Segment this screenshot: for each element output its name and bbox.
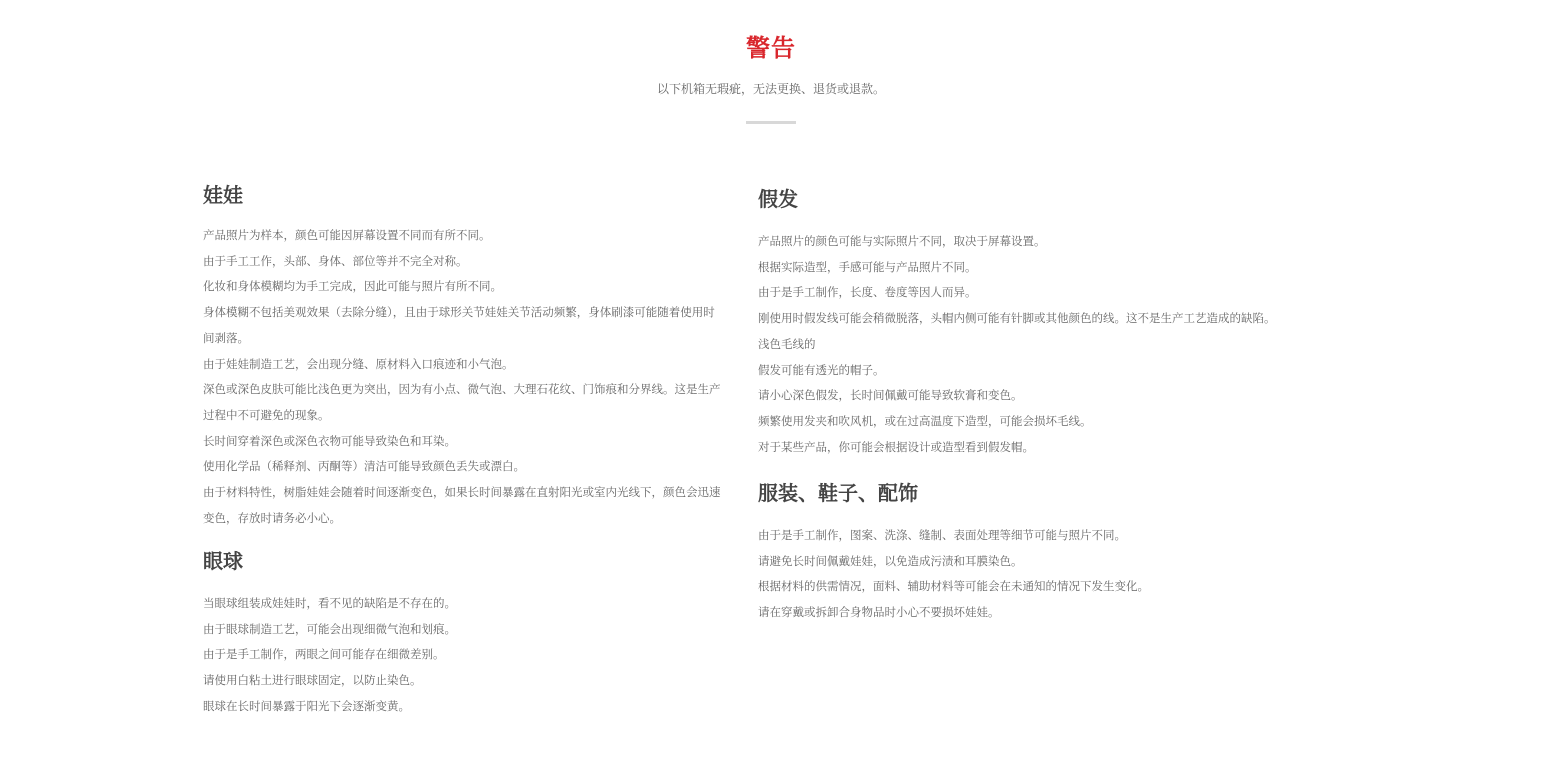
list-item: 当眼球组装成娃娃时，看不见的缺陷是不存在的。	[203, 591, 723, 617]
eyes-list: 当眼球组装成娃娃时，看不见的缺陷是不存在的。 由于眼球制造工艺，可能会出现细微气…	[203, 591, 723, 720]
section-title-clothing: 服装、鞋子、配饰	[758, 479, 1278, 507]
list-item: 由于是手工制作，两眼之间可能存在细微差别。	[203, 642, 723, 668]
list-item: 根据实际造型，手感可能与产品照片不同。	[758, 255, 1278, 281]
list-item: 使用化学品（稀释剂、丙酮等）清洁可能导致颜色丢失或漂白。	[203, 454, 723, 480]
list-item: 产品照片为样本，颜色可能因屏幕设置不同而有所不同。	[203, 223, 723, 249]
list-item: 产品照片的颜色可能与实际照片不同，取决于屏幕设置。	[758, 229, 1278, 255]
list-item: 深色或深色皮肤可能比浅色更为突出，因为有小点、微气泡、大理石花纹、门饰痕和分界线…	[203, 377, 723, 428]
list-item: 眼球在长时间暴露于阳光下会逐渐变黄。	[203, 694, 723, 720]
page-subtitle: 以下机箱无瑕疵，无法更换、退货或退款。	[0, 80, 1542, 98]
list-item: 由于是手工制作，图案、洗涤、缝制、表面处理等细节可能与照片不同。	[758, 523, 1278, 549]
warning-page: 警告 以下机箱无瑕疵，无法更换、退货或退款。 娃娃 产品照片为样本，颜色可能因屏…	[0, 0, 1542, 780]
section-dolls: 娃娃 产品照片为样本，颜色可能因屏幕设置不同而有所不同。 由于手工工作，头部、身…	[203, 181, 723, 531]
header-divider	[746, 121, 796, 124]
list-item: 请使用白粘土进行眼球固定，以防止染色。	[203, 668, 723, 694]
warning-header: 警告 以下机箱无瑕疵，无法更换、退货或退款。	[0, 30, 1542, 124]
list-item: 由于材料特性，树脂娃娃会随着时间逐渐变色，如果长时间暴露在直射阳光或室内光线下，…	[203, 480, 723, 531]
list-item: 长时间穿着深色或深色衣物可能导致染色和耳染。	[203, 429, 723, 455]
list-item: 请在穿戴或拆卸合身物品时小心不要损坏娃娃。	[758, 600, 1278, 626]
section-title-wigs: 假发	[758, 185, 1278, 213]
list-item: 身体模糊不包括美观效果（去除分缝），且由于球形关节娃娃关节活动频繁，身体刷漆可能…	[203, 300, 723, 351]
list-item: 请避免长时间佩戴娃娃，以免造成污渍和耳膜染色。	[758, 549, 1278, 575]
list-item: 频繁使用发夹和吹风机，或在过高温度下造型，可能会损坏毛线。	[758, 409, 1278, 435]
clothing-list: 由于是手工制作，图案、洗涤、缝制、表面处理等细节可能与照片不同。 请避免长时间佩…	[758, 523, 1278, 626]
section-wigs: 假发 产品照片的颜色可能与实际照片不同，取决于屏幕设置。 根据实际造型，手感可能…	[758, 185, 1278, 460]
list-item: 由于是手工制作，长度、卷度等因人而异。	[758, 280, 1278, 306]
list-item: 由于眼球制造工艺，可能会出现细微气泡和划痕。	[203, 617, 723, 643]
section-title-eyes: 眼球	[203, 547, 723, 575]
wigs-list: 产品照片的颜色可能与实际照片不同，取决于屏幕设置。 根据实际造型，手感可能与产品…	[758, 229, 1278, 460]
dolls-list: 产品照片为样本，颜色可能因屏幕设置不同而有所不同。 由于手工工作，头部、身体、部…	[203, 223, 723, 531]
list-item: 请小心深色假发，长时间佩戴可能导致软膏和变色。	[758, 383, 1278, 409]
list-item: 由于手工工作，头部、身体、部位等并不完全对称。	[203, 249, 723, 275]
list-item: 由于娃娃制造工艺，会出现分缝、原材料入口痕迹和小气泡。	[203, 352, 723, 378]
list-item: 假发可能有透光的帽子。	[758, 358, 1278, 384]
list-item: 根据材料的供需情况，面料、辅助材料等可能会在未通知的情况下发生变化。	[758, 574, 1278, 600]
section-title-dolls: 娃娃	[203, 181, 723, 209]
page-title: 警告	[0, 30, 1542, 66]
section-eyes: 眼球 当眼球组装成娃娃时，看不见的缺陷是不存在的。 由于眼球制造工艺，可能会出现…	[203, 547, 723, 720]
section-clothing: 服装、鞋子、配饰 由于是手工制作，图案、洗涤、缝制、表面处理等细节可能与照片不同…	[758, 479, 1278, 626]
list-item: 化妆和身体模糊均为手工完成，因此可能与照片有所不同。	[203, 274, 723, 300]
list-item: 对于某些产品，你可能会根据设计或造型看到假发帽。	[758, 435, 1278, 461]
list-item: 刚使用时假发线可能会稍微脱落，头帽内侧可能有针脚或其他颜色的线。这不是生产工艺造…	[758, 306, 1278, 357]
